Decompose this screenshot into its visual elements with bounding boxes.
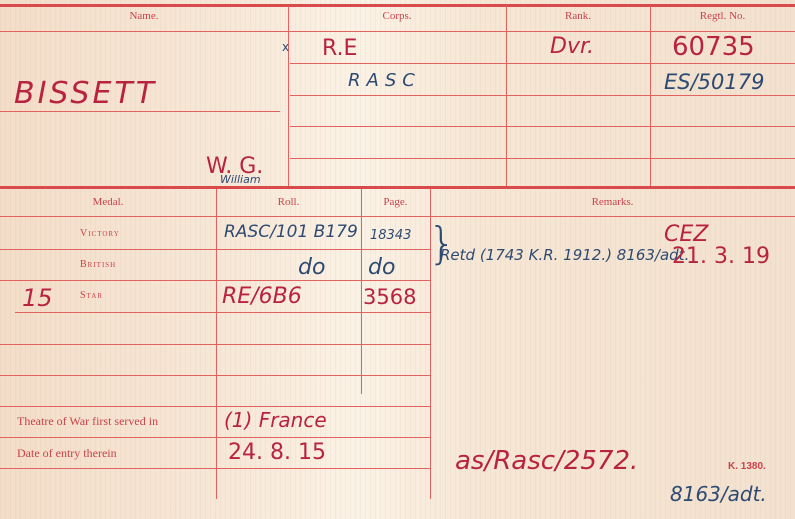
page-victory: 18343 xyxy=(370,228,411,243)
row-rule xyxy=(15,312,430,313)
remarks-main: Retd (1743 K.R. 1912.) 8163/adt. xyxy=(440,246,689,264)
header-corps: Corps. xyxy=(288,10,506,22)
footer-adt-ref: 8163/adt. xyxy=(670,482,767,506)
form-code: K. 1380. xyxy=(728,461,766,472)
theatre-value: (1) France xyxy=(224,408,327,432)
row-rule xyxy=(0,406,430,407)
medal-victory-label: Victory xyxy=(80,228,120,239)
corps-mark: x xyxy=(282,40,289,54)
divider-rank-regt xyxy=(650,6,651,186)
forename: William xyxy=(220,173,261,186)
header-remarks: Remarks. xyxy=(430,196,795,208)
surname: BISSETT xyxy=(14,76,157,111)
entry-date-label: Date of entry therein xyxy=(17,446,117,461)
header-name: Name. xyxy=(0,10,288,22)
name-underline xyxy=(0,111,280,112)
theatre-label: Theatre of War first served in xyxy=(17,414,158,429)
medal-index-card: Name. Corps. Rank. Regtl. No. BISSETT x … xyxy=(0,0,795,519)
medal-section-border xyxy=(0,186,795,189)
medal-star-label: Star xyxy=(80,290,103,301)
page-british: do xyxy=(368,255,395,280)
divider-roll-page xyxy=(361,189,362,394)
row-rule xyxy=(0,249,430,250)
corps-2: RASC xyxy=(348,70,421,91)
divider-corps-rank xyxy=(506,6,507,186)
rank: Dvr. xyxy=(550,34,594,59)
roll-victory: RASC/101 B179 xyxy=(224,222,358,242)
footer-reference: as/Rasc/2572. xyxy=(455,446,638,476)
corps-1: R.E xyxy=(322,36,357,61)
row-rule xyxy=(0,437,430,438)
medal-header-rule xyxy=(0,216,795,217)
row-rule xyxy=(0,375,430,376)
entry-date-value: 24. 8. 15 xyxy=(228,440,326,465)
header-medal: Medal. xyxy=(0,196,216,208)
row-rule xyxy=(290,63,795,64)
remarks-date: 21. 3. 19 xyxy=(672,244,770,269)
row-rule xyxy=(0,280,430,281)
row-rule xyxy=(290,95,795,96)
row-rule xyxy=(0,344,430,345)
row-rule xyxy=(290,126,795,127)
roll-british: do xyxy=(298,255,325,280)
row-rule xyxy=(290,158,795,159)
regt-no-2: ES/50179 xyxy=(664,70,764,94)
header-page: Page. xyxy=(361,196,430,208)
header-rank: Rank. xyxy=(506,10,650,22)
row-rule xyxy=(0,468,430,469)
roll-star: RE/6B6 xyxy=(222,284,302,309)
header-roll: Roll. xyxy=(216,196,361,208)
regt-no-1: 60735 xyxy=(672,32,755,62)
page-star: 3568 xyxy=(363,285,416,309)
star-prefix: 15 xyxy=(22,284,53,312)
header-regt-no: Regtl. No. xyxy=(650,10,795,22)
medal-british-label: British xyxy=(80,259,116,270)
divider-name-corps xyxy=(288,6,289,186)
top-border xyxy=(0,4,795,7)
